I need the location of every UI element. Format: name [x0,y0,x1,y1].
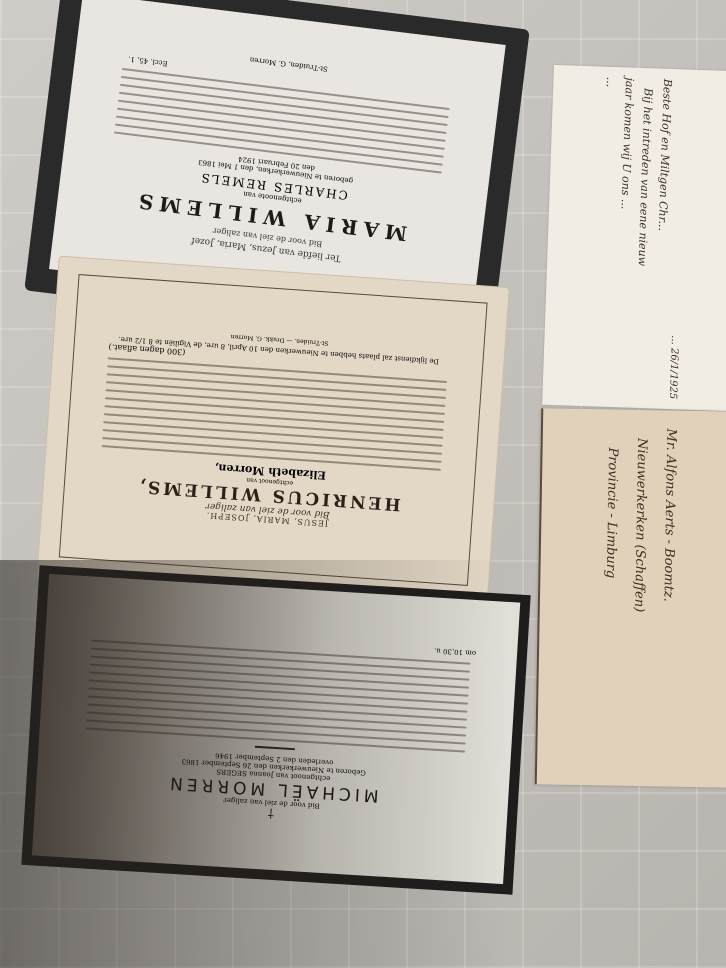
shadow-overlay [0,560,726,968]
handwritten-letter: ... 26/1/1925 Beste Hof en Miltgen Chr..… [542,65,726,411]
card-border-frame: JESUS, MARIA, JOSEPH. Bid voor de ziel v… [59,274,488,586]
card-body-text [102,357,447,470]
memorial-card-henricus-willems: JESUS, MARIA, JOSEPH. Bid voor de ziel v… [37,257,508,610]
